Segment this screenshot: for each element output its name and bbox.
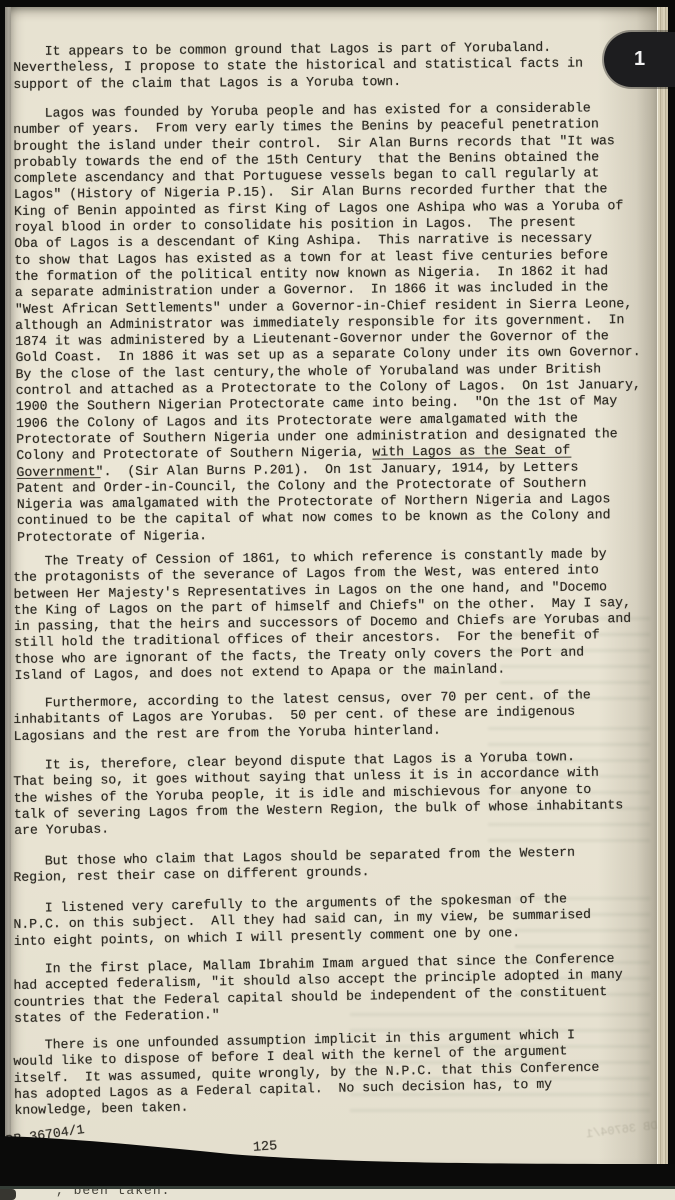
paragraph-text: In the first place, Mallam Ibrahim Imam … [13, 950, 662, 1027]
paragraph-4: Furthermore, according to the latest cen… [13, 686, 662, 744]
page-indicator-badge[interactable]: 1 [604, 32, 675, 87]
paragraph-text: I listened very carefully to the argumen… [13, 890, 662, 950]
paragraph-6: But those who claim that Lagos should be… [13, 843, 661, 886]
scanned-document-view: It appears to be common ground that Lago… [0, 0, 675, 1200]
paragraph-1: It appears to be common ground that Lago… [13, 39, 661, 93]
paragraph-text: It is, therefore, clear beyond dispute t… [13, 748, 662, 840]
paragraph-text: But those who claim that Lagos should be… [13, 843, 661, 886]
paragraph-2: Lagos was founded by Yoruba people and h… [13, 100, 665, 546]
page-badge-label: 1 [634, 48, 645, 70]
paragraph-text: The Treaty of Cession of 1861, to which … [13, 546, 663, 685]
paragraph-text: There is one unfounded assumption implic… [13, 1026, 662, 1120]
scan-artifact [0, 1189, 16, 1200]
paragraph-8: In the first place, Mallam Ibrahim Imam … [13, 950, 662, 1027]
paragraph-text: Furthermore, according to the latest cen… [13, 686, 662, 744]
paragraph-5: It is, therefore, clear beyond dispute t… [13, 748, 662, 840]
paragraph-3: The Treaty of Cession of 1861, to which … [13, 546, 663, 685]
typewritten-text: It appears to be common ground that Lago… [13, 0, 663, 1160]
paragraph-9: There is one unfounded assumption implic… [13, 1026, 662, 1120]
next-page-sliver: , been taken. [0, 1186, 675, 1200]
next-page-text-fragment: , been taken. [56, 1186, 170, 1198]
paragraph-text: Lagos was founded by Yoruba people and h… [13, 100, 665, 546]
paragraph-text: It appears to be common ground that Lago… [13, 39, 661, 93]
paragraph-7: I listened very carefully to the argumen… [13, 890, 662, 950]
page-bottom-curl [0, 1130, 675, 1186]
